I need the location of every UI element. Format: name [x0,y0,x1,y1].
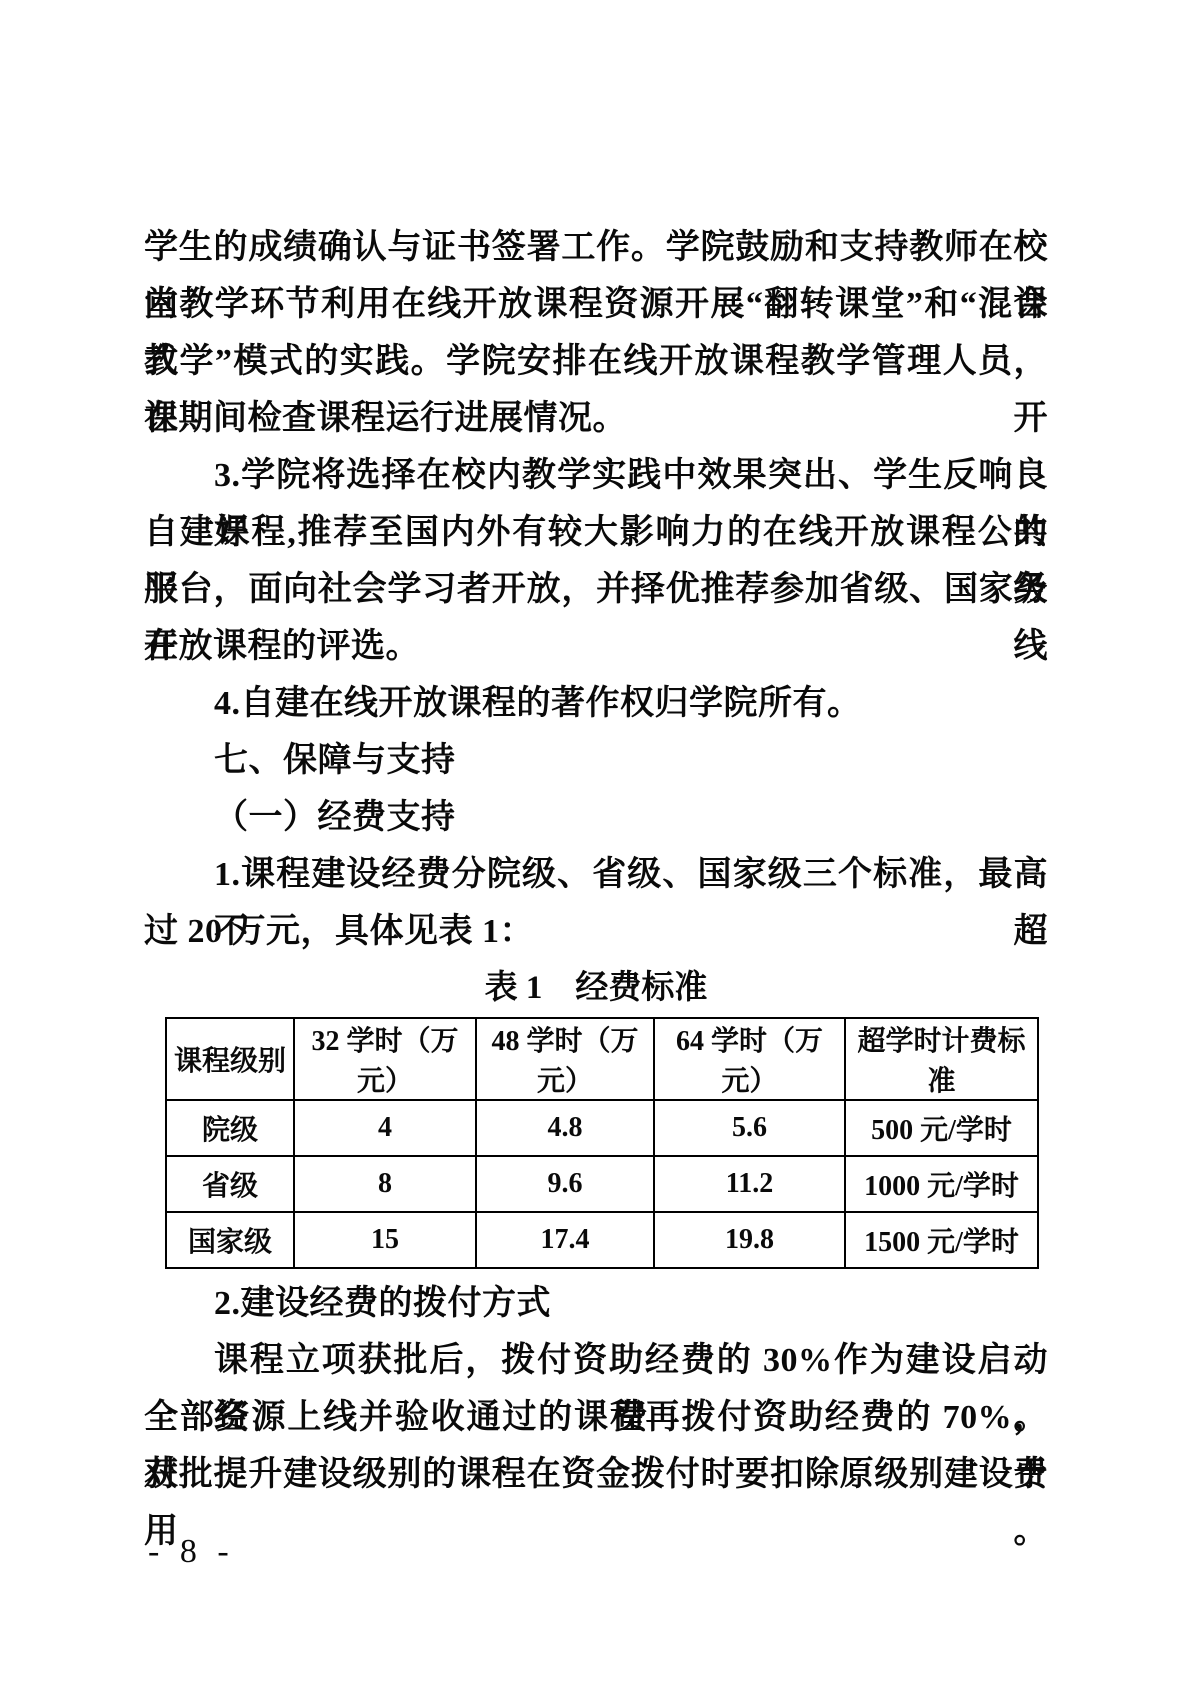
table-row: 国家级 15 17.4 19.8 1500 元/学时 [166,1212,1038,1268]
table-title: 表 1 经费标准 [144,960,1048,1017]
table-header-cell: 超学时计费标准 [845,1018,1038,1100]
table-cell: 8 [294,1156,476,1212]
body-text-line: 堂教学环节利用在线开放课程资源开展“翻转课堂”和“混合式 [144,276,1048,333]
table-cell: 4.8 [476,1100,654,1156]
table-cell: 15 [294,1212,476,1268]
body-text-line: 平台，面向社会学习者开放，并择优推荐参加省级、国家级在线 [144,561,1048,618]
table-cell: 9.6 [476,1156,654,1212]
payment-heading: 2.建设经费的拨付方式 [144,1275,1048,1332]
body-text-line: 4.自建在线开放课程的著作权归学院所有。 [144,675,1048,732]
table-cell: 17.4 [476,1212,654,1268]
document-page: 学生的成绩确认与证书签署工作。学院鼓励和支持教师在校内课 堂教学环节利用在线开放… [0,0,1191,1684]
body-text-line: 课程立项获批后，拨付资助经费的 30%作为建设启动经费， [144,1332,1048,1389]
body-text-line: 学生的成绩确认与证书签署工作。学院鼓励和支持教师在校内课 [144,219,1048,276]
table-row: 省级 8 9.6 11.2 1000 元/学时 [166,1156,1038,1212]
table-cell: 国家级 [166,1212,294,1268]
table-cell: 5.6 [654,1100,845,1156]
section-heading: 七、保障与支持 [144,732,1048,789]
table-cell: 4 [294,1100,476,1156]
table-cell: 1500 元/学时 [845,1212,1038,1268]
body-text-line: 自建课程,推荐至国内外有较大影响力的在线开放课程公共服务 [144,504,1048,561]
body-text-line: 全部资源上线并验收通过的课程再拨付资助经费的 70%。对于 [144,1389,1048,1446]
table-cell: 500 元/学时 [845,1100,1038,1156]
funding-table: 课程级别 32 学时（万元） 48 学时（万元） 64 学时（万元） 超学时计费… [165,1017,1039,1269]
table-header-cell: 32 学时（万元） [294,1018,476,1100]
table-header-cell: 课程级别 [166,1018,294,1100]
page-content: 学生的成绩确认与证书签署工作。学院鼓励和支持教师在校内课 堂教学环节利用在线开放… [144,219,1048,1503]
table-cell: 院级 [166,1100,294,1156]
body-text-line: 1.课程建设经费分院级、省级、国家级三个标准，最高不超 [144,846,1048,903]
table-cell: 19.8 [654,1212,845,1268]
body-text-line: 获批提升建设级别的课程在资金拨付时要扣除原级别建设费用。 [144,1446,1048,1503]
table-header-cell: 48 学时（万元） [476,1018,654,1100]
page-number: - 8 - [148,1526,235,1578]
table-cell: 1000 元/学时 [845,1156,1038,1212]
table-header-cell: 64 学时（万元） [654,1018,845,1100]
subsection-heading: （一）经费支持 [144,789,1048,846]
table-row: 院级 4 4.8 5.6 500 元/学时 [166,1100,1038,1156]
body-text-line: 教学”模式的实践。学院安排在线开放课程教学管理人员，在开 [144,333,1048,390]
table-cell: 11.2 [654,1156,845,1212]
table-header-row: 课程级别 32 学时（万元） 48 学时（万元） 64 学时（万元） 超学时计费… [166,1018,1038,1100]
body-text-line: 3.学院将选择在校内教学实践中效果突出、学生反响良好的 [144,447,1048,504]
table-cell: 省级 [166,1156,294,1212]
